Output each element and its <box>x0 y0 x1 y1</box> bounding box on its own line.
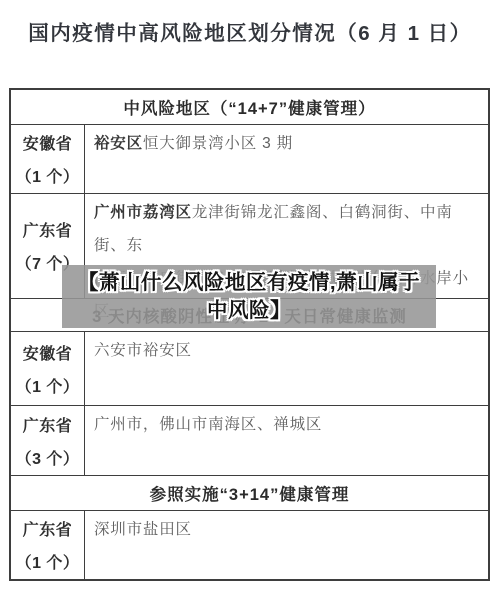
document-page: 国内疫情中高风险地区划分情况（6 月 1 日） 中风险地区（“14+7”健康管理… <box>0 0 500 593</box>
area-list-cell: 广州市，佛山市南海区、禅城区 <box>85 406 488 475</box>
province-count: （3 个） <box>16 446 80 469</box>
watermark-overlay: 【萧山什么风险地区有疫情,萧山属于 中风险】 <box>62 265 436 328</box>
risk-area-table: 中风险地区（“14+7”健康管理）安徽省（1 个）裕安区恒大御景湾小区 3 期广… <box>9 88 490 581</box>
province-name: 广东省 <box>23 413 73 436</box>
section-header-label: 中风险地区（“14+7”健康管理） <box>123 95 375 119</box>
area-list-line: 六安市裕安区 <box>94 334 480 367</box>
province-name: 广东省 <box>23 218 73 241</box>
province-cell: 广东省（1 个） <box>11 511 85 579</box>
section-header: 参照实施“3+14”健康管理 <box>11 475 488 510</box>
area-list-line: 裕安区恒大御景湾小区 3 期 <box>94 127 480 160</box>
province-cell: 广东省（3 个） <box>11 406 85 475</box>
watermark-line-1: 【萧山什么风险地区有疫情,萧山属于 <box>78 269 420 297</box>
province-count: （1 个） <box>16 164 80 187</box>
table-row: 广东省（3 个）广州市，佛山市南海区、禅城区 <box>11 405 488 475</box>
table-row: 安徽省（1 个）六安市裕安区 <box>11 331 488 405</box>
province-name: 安徽省 <box>23 341 73 364</box>
table-row: 广东省（1 个）深圳市盐田区 <box>11 510 488 579</box>
province-count: （1 个） <box>16 550 80 573</box>
section-header-label: 参照实施“3+14”健康管理 <box>150 481 350 505</box>
table-row: 安徽省（1 个）裕安区恒大御景湾小区 3 期 <box>11 124 488 193</box>
province-cell: 安徽省（1 个） <box>11 125 85 193</box>
province-name: 安徽省 <box>23 131 73 154</box>
area-list-line: 广州市，佛山市南海区、禅城区 <box>94 408 480 441</box>
area-list-cell: 裕安区恒大御景湾小区 3 期 <box>85 125 488 193</box>
area-list-line: 深圳市盐田区 <box>94 513 480 546</box>
province-cell: 安徽省（1 个） <box>11 332 85 405</box>
area-list-cell: 深圳市盐田区 <box>85 511 488 579</box>
province-count: （1 个） <box>16 374 80 397</box>
section-header: 中风险地区（“14+7”健康管理） <box>11 90 488 124</box>
area-list-line: 广州市荔湾区龙津街锦龙汇鑫阁、白鹤洞街、中南街、东 <box>94 196 480 262</box>
province-name: 广东省 <box>23 517 73 540</box>
watermark-line-2: 中风险】 <box>207 297 291 325</box>
area-list-cell: 六安市裕安区 <box>85 332 488 405</box>
page-title: 国内疫情中高风险地区划分情况（6 月 1 日） <box>0 16 500 46</box>
